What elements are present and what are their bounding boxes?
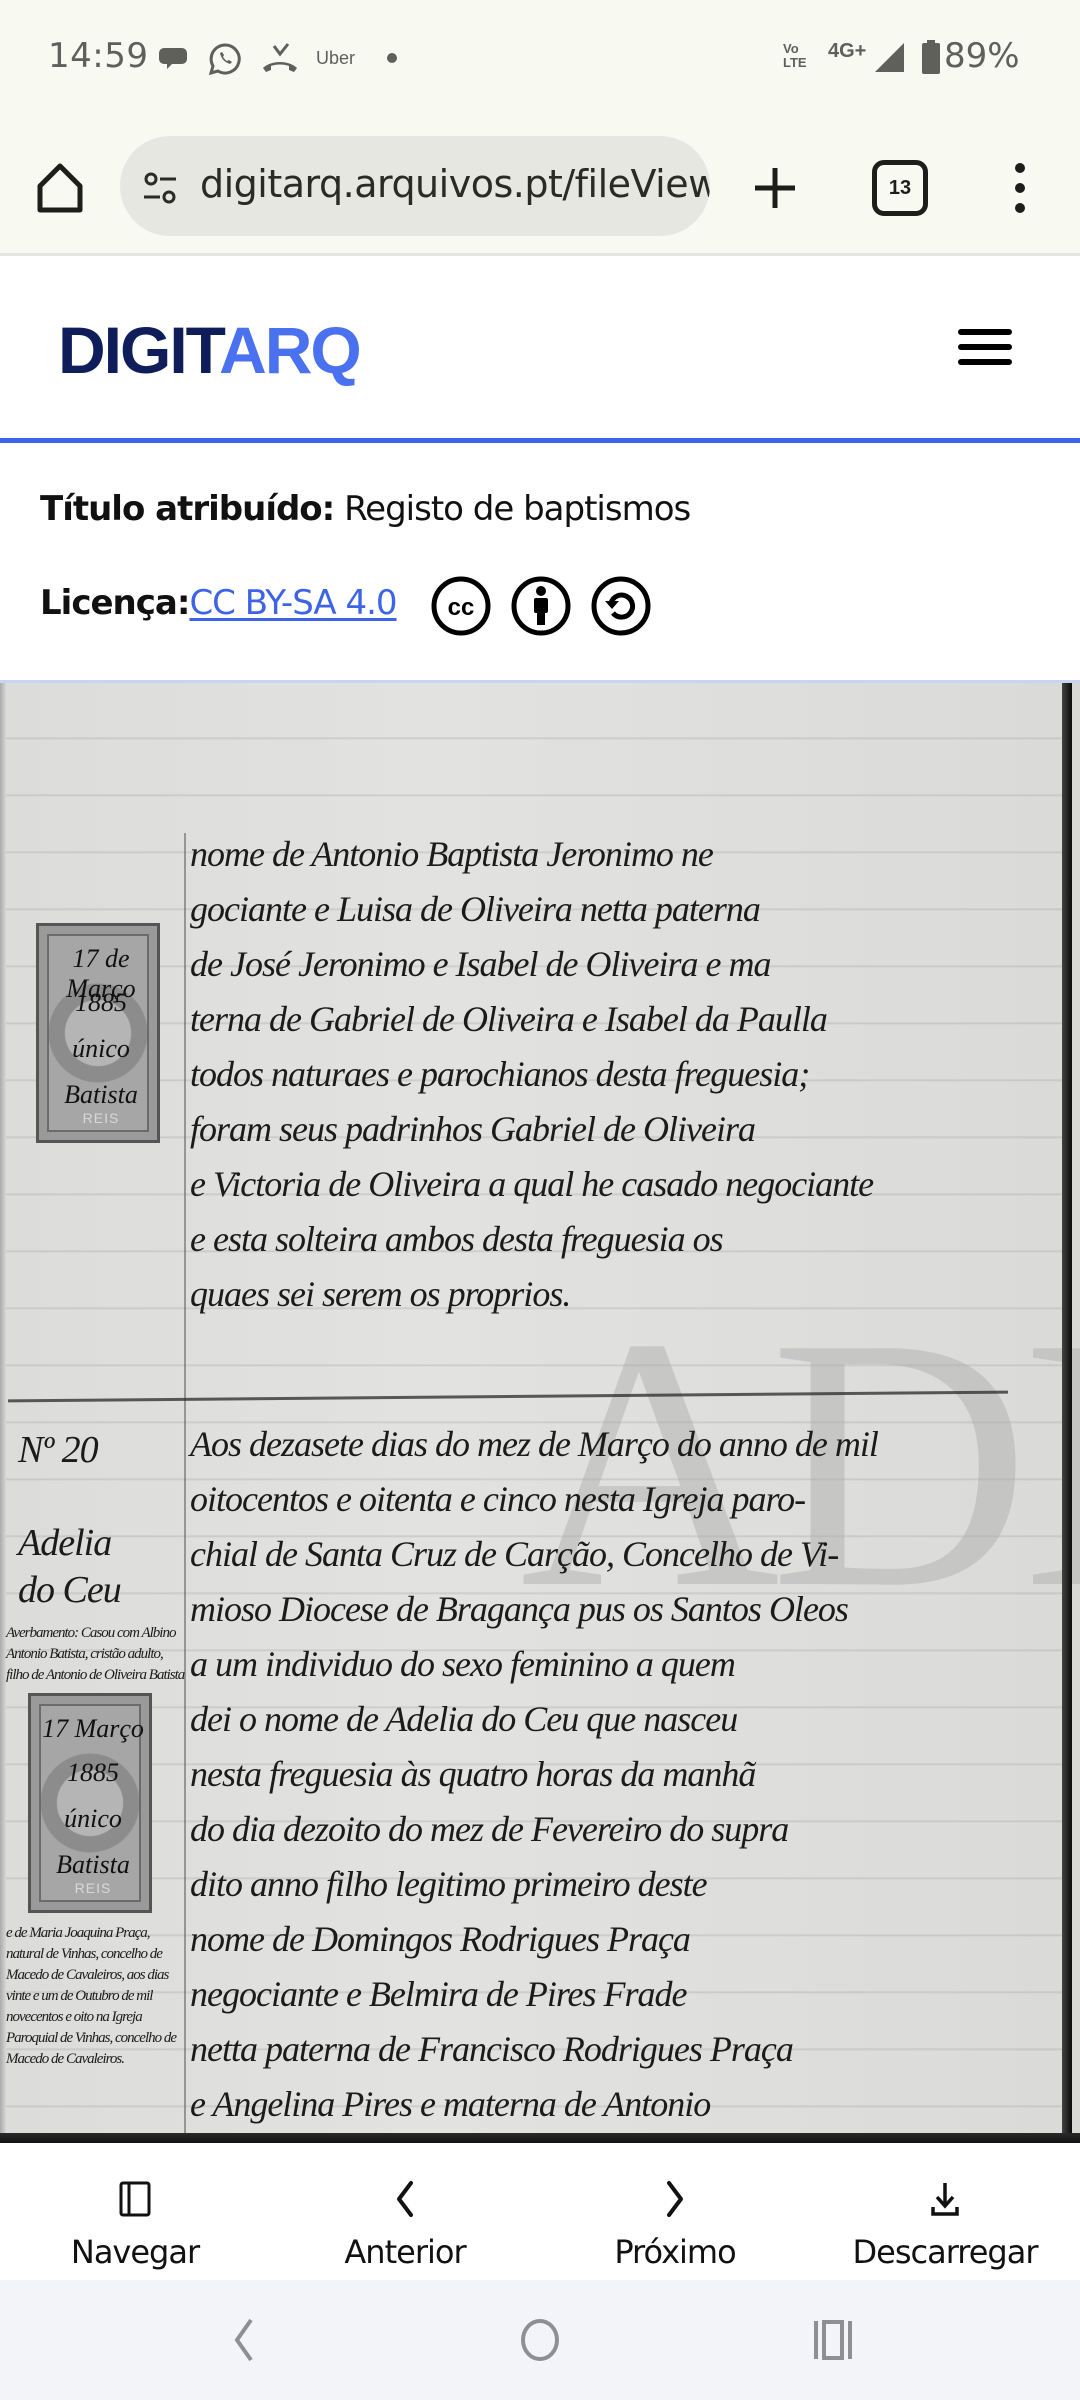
svg-text:cc: cc xyxy=(448,594,475,621)
battery-percent: 89% xyxy=(944,36,1020,76)
network-type: 4G+ xyxy=(828,40,866,63)
download-icon xyxy=(925,2179,965,2219)
home-circle-icon[interactable] xyxy=(510,2310,570,2370)
site-settings-icon[interactable] xyxy=(140,168,180,208)
revenue-stamp: 17 de Março 1885 único Batista REIS xyxy=(36,923,160,1143)
home-icon[interactable] xyxy=(30,158,90,218)
digitarq-logo[interactable]: DIGITARQ xyxy=(58,317,360,383)
signal-icon xyxy=(873,41,905,73)
cc-icon: cc xyxy=(430,575,492,637)
margin-name-line2: do Ceu xyxy=(18,1568,121,1612)
download-button[interactable]: Descarregar xyxy=(810,2143,1080,2280)
missed-call-icon xyxy=(260,42,300,76)
back-icon[interactable] xyxy=(215,2310,275,2370)
revenue-stamp: 17 Março 1885 único Batista REIS xyxy=(28,1693,152,1913)
new-tab-icon[interactable] xyxy=(745,158,805,218)
address-bar[interactable]: digitarq.arquivos.pt/fileView xyxy=(120,136,710,236)
title-label: Título atribuído: xyxy=(40,489,334,529)
chevron-right-icon xyxy=(655,2179,695,2219)
whatsapp-icon xyxy=(208,42,242,76)
url-text[interactable]: digitarq.arquivos.pt/fileView xyxy=(200,162,710,206)
previous-button[interactable]: Anterior xyxy=(270,2143,540,2280)
margin-annotation-2: e de Maria Joaquina Praça, natural de Vi… xyxy=(6,1923,186,2070)
sidebar-panel-icon xyxy=(115,2179,155,2219)
margin-annotation-1: Averbamento: Casou com Albino Antonio Ba… xyxy=(6,1623,186,1686)
hamburger-menu-icon[interactable] xyxy=(958,329,1012,369)
overflow-menu-icon[interactable] xyxy=(1000,158,1040,218)
next-button[interactable]: Próximo xyxy=(540,2143,810,2280)
license-icons: cc xyxy=(430,575,652,637)
tab-switcher-button[interactable]: 13 xyxy=(872,160,928,216)
site-header: DIGITARQ xyxy=(0,259,1080,443)
messages-icon xyxy=(158,42,190,74)
entry-number: Nº 20 xyxy=(18,1428,98,1472)
manuscript-page-image[interactable]: ADI nome de Antonio Baptista Jeronimo ne… xyxy=(0,683,1072,2139)
system-navigation-bar xyxy=(0,2280,1080,2400)
license-link[interactable]: CC BY-SA 4.0 xyxy=(189,583,396,623)
more-dot-icon xyxy=(387,53,397,63)
uber-icon: Uber xyxy=(316,48,355,69)
recents-icon[interactable] xyxy=(804,2310,864,2370)
by-attribution-icon xyxy=(510,575,572,637)
document-viewer[interactable]: ADI nome de Antonio Baptista Jeronimo ne… xyxy=(0,680,1080,2143)
title-value: Registo de baptismos xyxy=(344,489,690,529)
chevron-left-icon xyxy=(385,2179,425,2219)
clock: 14:59 xyxy=(48,36,148,76)
viewer-action-bar: Navegar Anterior Próximo Descarregar xyxy=(0,2143,1080,2280)
license-row: Licença:CC BY-SA 4.0 xyxy=(40,583,397,623)
battery-icon xyxy=(921,40,941,74)
license-label: Licença: xyxy=(40,583,189,623)
record-metadata: Título atribuído: Registo de baptismos L… xyxy=(0,443,1080,680)
margin-name-line1: Adelia xyxy=(18,1521,111,1565)
navigate-button[interactable]: Navegar xyxy=(0,2143,270,2280)
title-row: Título atribuído: Registo de baptismos xyxy=(40,489,690,529)
browser-toolbar: digitarq.arquivos.pt/fileView 13 xyxy=(0,120,1080,256)
sa-share-alike-icon xyxy=(590,575,652,637)
volte-icon: Vo LTE xyxy=(783,42,807,70)
status-bar: 14:59 Uber Vo LTE 4G+ 89% xyxy=(0,0,1080,120)
